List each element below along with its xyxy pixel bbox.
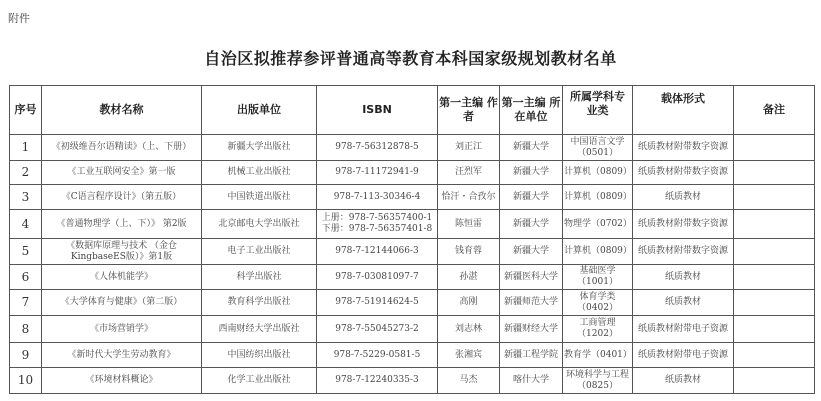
chief-editor: 钱育蓉	[438, 239, 500, 265]
attachment-label: 附件	[8, 10, 30, 26]
textbook-name: 《环境材料概论》	[42, 368, 202, 394]
editor-unit: 新疆师范大学	[500, 290, 563, 316]
isbn: 978-7-5229-0581-5	[317, 343, 438, 368]
remark	[734, 185, 815, 210]
chief-editor: 张湘宾	[438, 343, 500, 368]
row-number: 7	[10, 290, 42, 316]
isbn: 978-7-56312878-5	[317, 135, 438, 161]
publisher: 化学工业出版社	[202, 368, 317, 394]
discipline: 工商管理（1202）	[563, 316, 633, 343]
editor-unit: 新疆大学	[500, 135, 563, 161]
carrier-format: 纸质教材附带数字资源	[633, 161, 734, 185]
row-number: 5	[10, 239, 42, 265]
table-row: 2《工业互联网安全》第一版机械工业出版社978-7-11172941-9汪烈军新…	[10, 161, 815, 185]
table-row: 9《新时代大学生劳动教育》中国纺织出版社978-7-5229-0581-5张湘宾…	[10, 343, 815, 368]
publisher: 西南财经大学出版社	[202, 316, 317, 343]
row-number: 10	[10, 368, 42, 394]
textbook-name: 《市场营销学》	[42, 316, 202, 343]
publisher: 新疆大学出版社	[202, 135, 317, 161]
table-row: 1《初级维吾尔语精读》（上、下册）新疆大学出版社978-7-56312878-5…	[10, 135, 815, 161]
chief-editor: 高刚	[438, 290, 500, 316]
editor-unit: 喀什大学	[500, 368, 563, 394]
editor-unit: 新疆大学	[500, 239, 563, 265]
table-row: 7《大学体育与健康》（第二版）教育科学出版社978-7-51914624-5高刚…	[10, 290, 815, 316]
discipline: 计算机（0809）	[563, 185, 633, 210]
discipline: 基础医学（1001）	[563, 265, 633, 290]
isbn: 978-7-03081097-7	[317, 265, 438, 290]
carrier-format: 纸质教材	[633, 368, 734, 394]
remark	[734, 368, 815, 394]
carrier-format: 纸质教材附带电子资源	[633, 316, 734, 343]
remark	[734, 210, 815, 239]
col-header-author: 第一主编 作者	[438, 86, 500, 135]
col-header-format: 载体形式	[633, 86, 734, 135]
remark	[734, 265, 815, 290]
textbook-name: 《新时代大学生劳动教育》	[42, 343, 202, 368]
row-number: 1	[10, 135, 42, 161]
discipline: 物理学（0702）	[563, 210, 633, 239]
col-header-no: 序号	[10, 86, 42, 135]
chief-editor: 汪烈军	[438, 161, 500, 185]
chief-editor: 刘志林	[438, 316, 500, 343]
table-row: 3《C语言程序设计》（第五版）中国铁道出版社978-7-113-30346-4恰…	[10, 185, 815, 210]
textbook-name: 《C语言程序设计》（第五版）	[42, 185, 202, 210]
isbn: 978-7-55045273-2	[317, 316, 438, 343]
discipline: 教育学（0401）	[563, 343, 633, 368]
discipline: 中国语言文学（0501）	[563, 135, 633, 161]
editor-unit: 新疆财经大学	[500, 316, 563, 343]
remark	[734, 290, 815, 316]
row-number: 6	[10, 265, 42, 290]
page-title: 自治区拟推荐参评普通高等教育本科国家级规划教材名单	[0, 46, 821, 69]
isbn: 978-7-11172941-9	[317, 161, 438, 185]
chief-editor: 孙湛	[438, 265, 500, 290]
chief-editor: 马杰	[438, 368, 500, 394]
textbook-name: 《大学体育与健康》（第二版）	[42, 290, 202, 316]
row-number: 3	[10, 185, 42, 210]
col-header-remark: 备注	[734, 86, 815, 135]
chief-editor: 刘正江	[438, 135, 500, 161]
col-header-publisher: 出版单位	[202, 86, 317, 135]
editor-unit: 新疆医科大学	[500, 265, 563, 290]
textbook-name: 《初级维吾尔语精读》（上、下册）	[42, 135, 202, 161]
table-row: 4《普通物理学（上、下）》 第2版北京邮电大学出版社上册：978-7-56357…	[10, 210, 815, 239]
publisher: 电子工业出版社	[202, 239, 317, 265]
publisher: 机械工业出版社	[202, 161, 317, 185]
publisher: 科学出版社	[202, 265, 317, 290]
carrier-format: 纸质教材	[633, 290, 734, 316]
remark	[734, 239, 815, 265]
col-header-isbn: ISBN	[317, 86, 438, 135]
table-header-row: 序号 教材名称 出版单位 ISBN 第一主编 作者 第一主编 所在单位 所属学科…	[10, 86, 815, 135]
row-number: 8	[10, 316, 42, 343]
textbook-name: 《数据库原理与技术 （金仓KingbaseES版）》第1版	[42, 239, 202, 265]
col-header-unit: 第一主编 所在单位	[500, 86, 563, 135]
remark	[734, 135, 815, 161]
discipline: 计算机（0809）	[563, 161, 633, 185]
remark	[734, 316, 815, 343]
discipline: 体育学类（0402）	[563, 290, 633, 316]
isbn: 上册：978-7-56357400-1下册：978-7-56357401-8	[317, 210, 438, 239]
editor-unit: 新疆工程学院	[500, 343, 563, 368]
col-header-name: 教材名称	[42, 86, 202, 135]
publisher: 北京邮电大学出版社	[202, 210, 317, 239]
row-number: 2	[10, 161, 42, 185]
chief-editor: 恰汗・合孜尔	[438, 185, 500, 210]
isbn: 978-7-113-30346-4	[317, 185, 438, 210]
table-row: 5《数据库原理与技术 （金仓KingbaseES版）》第1版电子工业出版社978…	[10, 239, 815, 265]
textbook-name: 《人体机能学》	[42, 265, 202, 290]
editor-unit: 新疆大学	[500, 161, 563, 185]
carrier-format: 纸质教材	[633, 185, 734, 210]
publisher: 教育科学出版社	[202, 290, 317, 316]
editor-unit: 新疆大学	[500, 185, 563, 210]
textbook-table: 序号 教材名称 出版单位 ISBN 第一主编 作者 第一主编 所在单位 所属学科…	[9, 85, 815, 394]
carrier-format: 纸质教材	[633, 265, 734, 290]
chief-editor: 陈恒雷	[438, 210, 500, 239]
isbn: 978-7-12240335-3	[317, 368, 438, 394]
isbn: 978-7-12144066-3	[317, 239, 438, 265]
carrier-format: 纸质教材附带数字资源	[633, 239, 734, 265]
col-header-discipline: 所属学科专 业类	[563, 86, 633, 135]
carrier-format: 纸质教材附带电子资源	[633, 343, 734, 368]
row-number: 4	[10, 210, 42, 239]
discipline: 环境科学与工程（0825）	[563, 368, 633, 394]
discipline: 计算机（0809）	[563, 239, 633, 265]
isbn: 978-7-51914624-5	[317, 290, 438, 316]
table-row: 8《市场营销学》西南财经大学出版社978-7-55045273-2刘志林新疆财经…	[10, 316, 815, 343]
row-number: 9	[10, 343, 42, 368]
table-row: 6《人体机能学》科学出版社978-7-03081097-7孙湛新疆医科大学基础医…	[10, 265, 815, 290]
textbook-name: 《普通物理学（上、下）》 第2版	[42, 210, 202, 239]
carrier-format: 纸质教材附带数字资源	[633, 135, 734, 161]
publisher: 中国纺织出版社	[202, 343, 317, 368]
table-row: 10《环境材料概论》化学工业出版社978-7-12240335-3马杰喀什大学环…	[10, 368, 815, 394]
remark	[734, 343, 815, 368]
carrier-format: 纸质教材附带数字资源	[633, 210, 734, 239]
textbook-name: 《工业互联网安全》第一版	[42, 161, 202, 185]
publisher: 中国铁道出版社	[202, 185, 317, 210]
remark	[734, 161, 815, 185]
editor-unit: 新疆大学	[500, 210, 563, 239]
